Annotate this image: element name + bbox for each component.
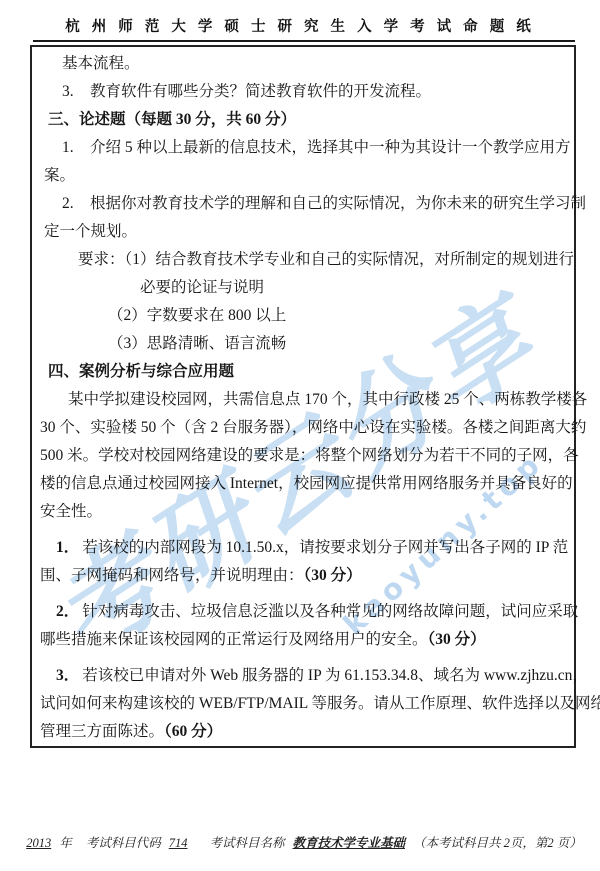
text-segment: 围、子网掩码和网络号，并说明理由： (40, 567, 304, 584)
subquestion-line: 2．针对病毒攻击、垃圾信息泛滥以及各种常见的网络故障问题，试问应采取 (56, 598, 566, 626)
text-line: 安全性。 (40, 498, 566, 526)
text-line: 30 个、实验楼 50 个（含 2 台服务器），网络中心设在实验楼。各楼之间距离… (40, 414, 566, 442)
exam-paper-page: 杭 州 师 范 大 学 硕 士 研 究 生 入 学 考 试 命 题 纸 考研云分… (0, 0, 600, 871)
score-badge: （60 分） (164, 723, 222, 740)
subquestion-text: 若该校的内部网段为 10.1.50.x，请按要求划分子网并写出各子网的 IP 范 (82, 539, 568, 556)
section-heading: 四、案例分析与综合应用题 (48, 358, 566, 386)
text-line: 基本流程。 (62, 50, 566, 78)
question-text: 教育软件有哪些分类？简述教育软件的开发流程。 (90, 83, 431, 100)
paper-header-title: 杭 州 师 范 大 学 硕 士 研 究 生 入 学 考 试 命 题 纸 (0, 15, 600, 36)
footer-subject-name: 教育技术学专业基础 (285, 836, 414, 850)
question-text: 介绍 5 种以上最新的信息技术，选择其中一种为其设计一个教学应用方 (90, 139, 571, 156)
question-number: 2. (62, 190, 90, 218)
question-number: 3. (62, 78, 90, 106)
score-badge: （30 分） (304, 567, 362, 584)
question-text: 根据你对教育技术学的理解和自己的实际情况，为你未来的研究生学习制 (90, 195, 586, 212)
requirement-line: 必要的论证与说明 (140, 274, 566, 302)
question-number: 1. (62, 134, 90, 162)
text-line: 围、子网掩码和网络号，并说明理由：（30 分） (40, 562, 566, 590)
text-line: 试问如何来构建该校的 WEB/FTP/MAIL 等服务。请从工作原理、软件选择以… (40, 690, 566, 718)
question-line: 1.介绍 5 种以上最新的信息技术，选择其中一种为其设计一个教学应用方 (62, 134, 566, 162)
text-line: 楼的信息点通过校园网接入 Internet，校园网应提供常用网络服务并具备良好的 (40, 470, 566, 498)
text-line: 定一个规划。 (44, 218, 566, 246)
subquestion-line: 1．若该校的内部网段为 10.1.50.x，请按要求划分子网并写出各子网的 IP… (56, 534, 566, 562)
header-divider (33, 40, 575, 42)
text-line: 管理三方面陈述。（60 分） (40, 718, 566, 746)
footer-year-label: 年 (59, 836, 72, 850)
text-line: 500 米。学校对校园网络建设的要求是：将整个网络划分为若干不同的子网，各 (40, 442, 566, 470)
question-line: 2.根据你对教育技术学的理解和自己的实际情况，为你未来的研究生学习制 (62, 190, 566, 218)
question-line: 3.教育软件有哪些分类？简述教育软件的开发流程。 (62, 78, 566, 106)
subquestion-number: 2． (56, 603, 79, 620)
text-segment: 哪些措施来保证该校园网的正常运行及网络用户的安全。 (40, 631, 428, 648)
text-line: 案。 (44, 162, 566, 190)
subquestion-number: 3． (56, 667, 79, 684)
text-line: 某中学拟建设校园网，共需信息点 170 个，其中行政楼 25 个、两栋教学楼各 (68, 386, 566, 414)
footer-name-label: 考试科目名称 (209, 836, 284, 850)
subquestion-line: 3．若该校已申请对外 Web 服务器的 IP 为 61.153.34.8、域名为… (56, 662, 566, 690)
requirement-line: 要求：（1）结合教育技术学专业和自己的实际情况，对所制定的规划进行 (78, 246, 566, 274)
subquestion-number: 1． (56, 539, 79, 556)
subquestion-text: 若该校已申请对外 Web 服务器的 IP 为 61.153.34.8、域名为 w… (82, 667, 588, 684)
footer-code-label: 考试科目代码 (86, 836, 161, 850)
content-box: 基本流程。 3.教育软件有哪些分类？简述教育软件的开发流程。 三、论述题（每题 … (30, 45, 576, 748)
paper-footer: 2013年考试科目代码714考试科目名称教育技术学专业基础（本考试科目共 2页，… (0, 833, 600, 851)
subquestion-text: 针对病毒攻击、垃圾信息泛滥以及各种常见的网络故障问题，试问应采取 (82, 603, 578, 620)
text-segment: 管理三方面陈述。 (40, 723, 164, 740)
section-heading: 三、论述题（每题 30 分，共 60 分） (48, 106, 566, 134)
footer-year: 2013 (18, 836, 59, 850)
requirement-line: （3）思路清晰、语言流畅 (108, 330, 566, 358)
score-badge: （30 分） (428, 631, 486, 648)
footer-code: 714 (161, 836, 196, 850)
requirement-line: （2）字数要求在 800 以上 (108, 302, 566, 330)
footer-pages: （本考试科目共 2页，第2 页） (413, 836, 582, 850)
text-line: 哪些措施来保证该校园网的正常运行及网络用户的安全。（30 分） (40, 626, 566, 654)
